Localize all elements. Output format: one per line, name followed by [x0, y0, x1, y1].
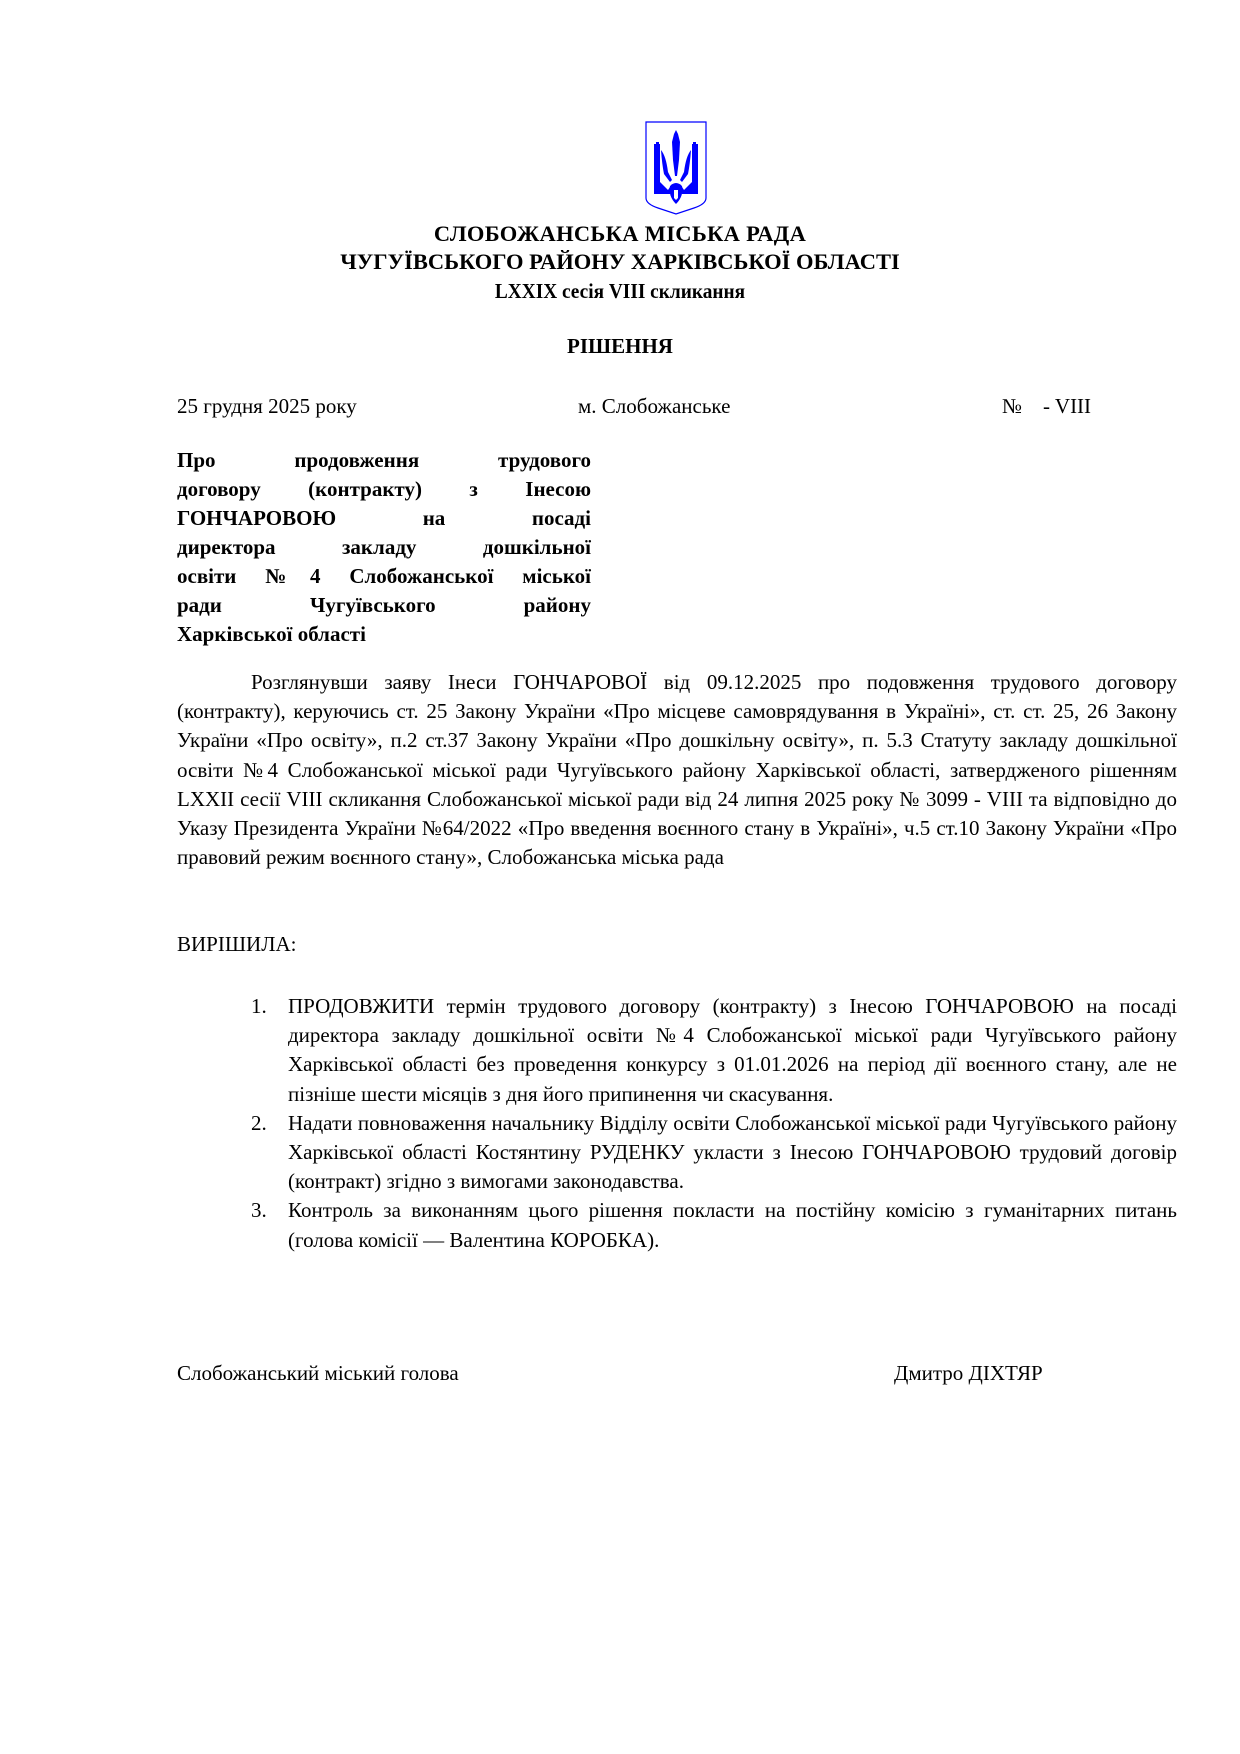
- decision-subject: Про продовження трудового договору (конт…: [177, 446, 591, 649]
- subject-line: Про продовження трудового: [177, 446, 591, 475]
- item-text: Контроль за виконанням цього рішення пок…: [288, 1198, 1177, 1251]
- decision-item: 2. Надати повноваження начальнику Відділ…: [177, 1109, 1177, 1197]
- decision-number: № - VIII: [1002, 393, 1091, 419]
- signatory-name: Дмитро ДІХТЯР: [894, 1361, 1043, 1386]
- decision-items: 1. ПРОДОВЖИТИ термін трудового договору …: [177, 992, 1177, 1255]
- document-page: СЛОБОЖАНСЬКА МІСЬКА РАДА ЧУГУЇВСЬКОГО РА…: [0, 0, 1240, 1754]
- item-number: 2.: [251, 1109, 267, 1138]
- decided-label: ВИРІШИЛА:: [177, 932, 296, 957]
- item-text: Надати повноваження начальнику Відділу о…: [288, 1111, 1177, 1193]
- session-info: LXXIX сесія VIII скликання: [50, 277, 1191, 305]
- subject-line: директора закладу дошкільної: [177, 533, 591, 562]
- subject-line: освіти №4 Слобожанської міської: [177, 562, 591, 591]
- preamble-paragraph: Розглянувши заяву Інеси ГОНЧАРОВОЇ від 0…: [177, 668, 1177, 872]
- item-text: ПРОДОВЖИТИ термін трудового договору (ко…: [288, 994, 1177, 1106]
- item-number: 3.: [251, 1196, 267, 1225]
- subject-line: Харківської області: [177, 620, 591, 649]
- decision-date: 25 грудня 2025 року: [177, 393, 357, 419]
- item-number: 1.: [251, 992, 267, 1021]
- council-name: СЛОБОЖАНСЬКА МІСЬКА РАДА: [0, 220, 1240, 248]
- decision-item: 1. ПРОДОВЖИТИ термін трудового договору …: [177, 992, 1177, 1109]
- ukraine-coat-of-arms-icon: [644, 120, 708, 216]
- council-district: ЧУГУЇВСЬКОГО РАЙОНУ ХАРКІВСЬКОЇ ОБЛАСТІ: [0, 248, 1240, 276]
- signatory-position: Слобожанський міський голова: [177, 1361, 459, 1386]
- decision-item: 3. Контроль за виконанням цього рішення …: [177, 1196, 1177, 1254]
- decision-city: м. Слобожанське: [578, 393, 730, 419]
- subject-line: договору (контракту) з Інесою: [177, 475, 591, 504]
- document-title: РІШЕННЯ: [0, 334, 1240, 359]
- subject-line: ГОНЧАРОВОЮ на посаді: [177, 504, 591, 533]
- subject-line: ради Чугуївського району: [177, 591, 591, 620]
